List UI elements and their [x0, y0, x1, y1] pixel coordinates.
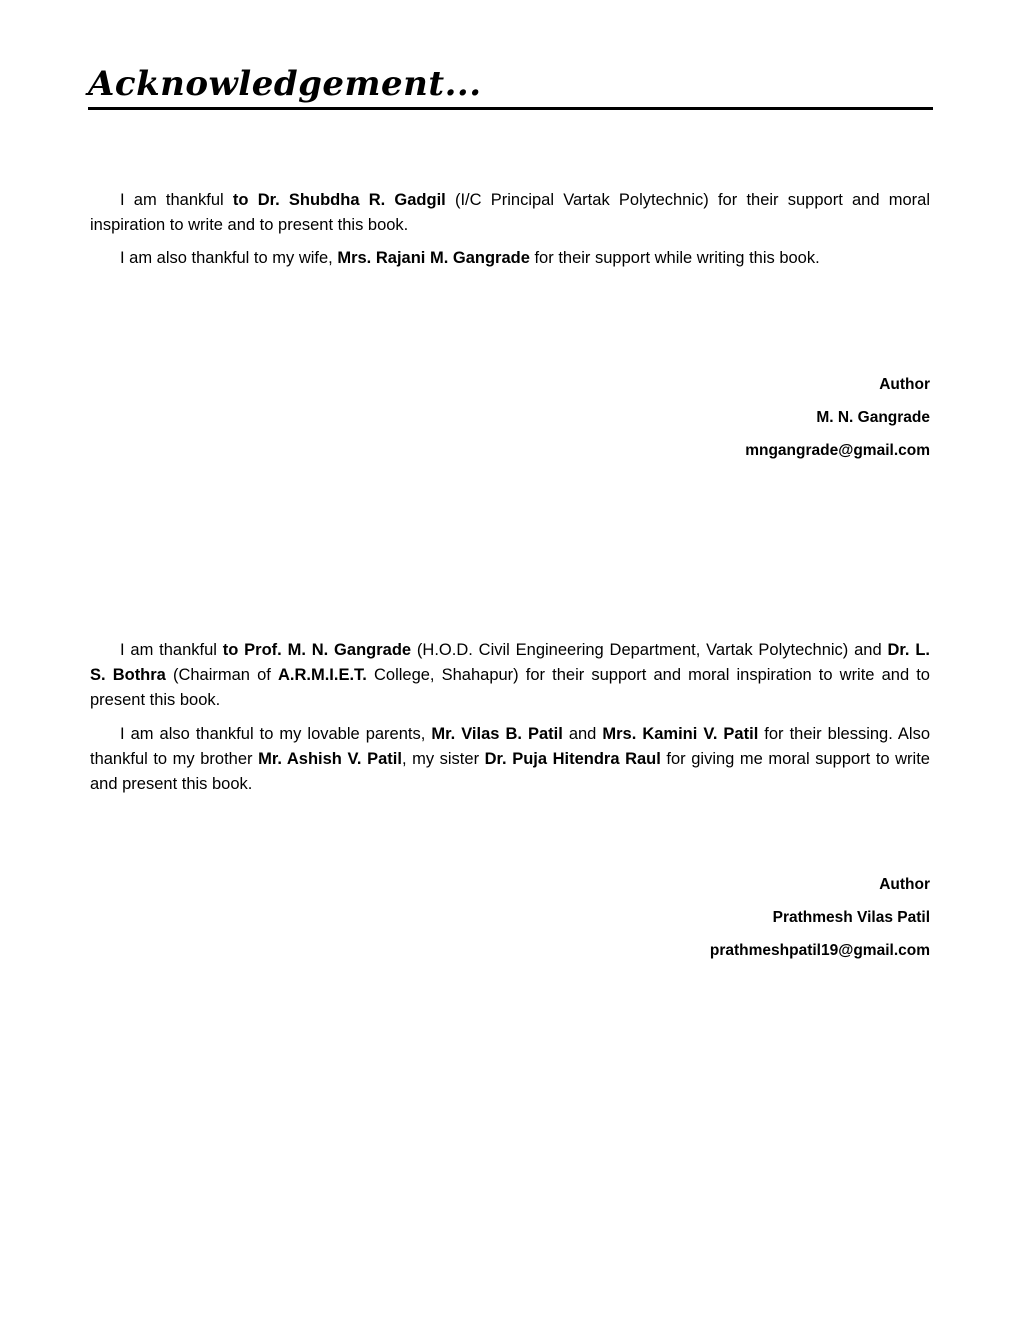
signature-name: Prathmesh Vilas Patil — [710, 901, 930, 934]
bold-name-text: Mr. Vilas B. Patil — [431, 725, 562, 743]
signature-email: prathmeshpatil19@gmail.com — [710, 934, 930, 967]
bold-name-text: Dr. Puja Hitendra Raul — [485, 750, 661, 768]
body-text: (Chairman of — [166, 666, 278, 684]
bold-name-text: Mrs. Kamini V. Patil — [602, 725, 758, 743]
bold-name-text: to Dr. Shubdha R. Gadgil — [233, 191, 446, 209]
bold-name-text: to Prof. M. N. Gangrade — [223, 641, 411, 659]
body-text: I am also thankful to my wife, — [120, 249, 337, 267]
author-signature-block: Author Prathmesh Vilas Patil prathmeshpa… — [710, 868, 930, 967]
acknowledgement-paragraph: I am thankful to Dr. Shubdha R. Gadgil (… — [90, 188, 930, 238]
signature-email: mngangrade@gmail.com — [745, 434, 930, 467]
body-text: I am thankful — [120, 641, 223, 659]
signature-role: Author — [710, 868, 930, 901]
body-text: (H.O.D. Civil Engineering Department, Va… — [411, 641, 887, 659]
author-signature-block: Author M. N. Gangrade mngangrade@gmail.c… — [745, 368, 930, 467]
acknowledgement-paragraph: I am also thankful to my lovable parents… — [90, 722, 930, 797]
body-text: I am thankful — [120, 191, 233, 209]
bold-name-text: Mrs. Rajani M. Gangrade — [337, 249, 530, 267]
body-text: I am also thankful to my lovable parents… — [120, 725, 431, 743]
body-text: and — [563, 725, 603, 743]
title-underline — [88, 107, 933, 110]
signature-role: Author — [745, 368, 930, 401]
bold-name-text: A.R.M.I.E.T. — [278, 666, 367, 684]
acknowledgement-paragraph: I am thankful to Prof. M. N. Gangrade (H… — [90, 638, 930, 713]
signature-name: M. N. Gangrade — [745, 401, 930, 434]
body-text: , my sister — [402, 750, 485, 768]
bold-name-text: Mr. Ashish V. Patil — [258, 750, 402, 768]
body-text: for their support while writing this boo… — [530, 249, 820, 267]
page-title: Acknowledgement... — [88, 62, 482, 106]
acknowledgement-paragraph: I am also thankful to my wife, Mrs. Raja… — [90, 246, 930, 271]
